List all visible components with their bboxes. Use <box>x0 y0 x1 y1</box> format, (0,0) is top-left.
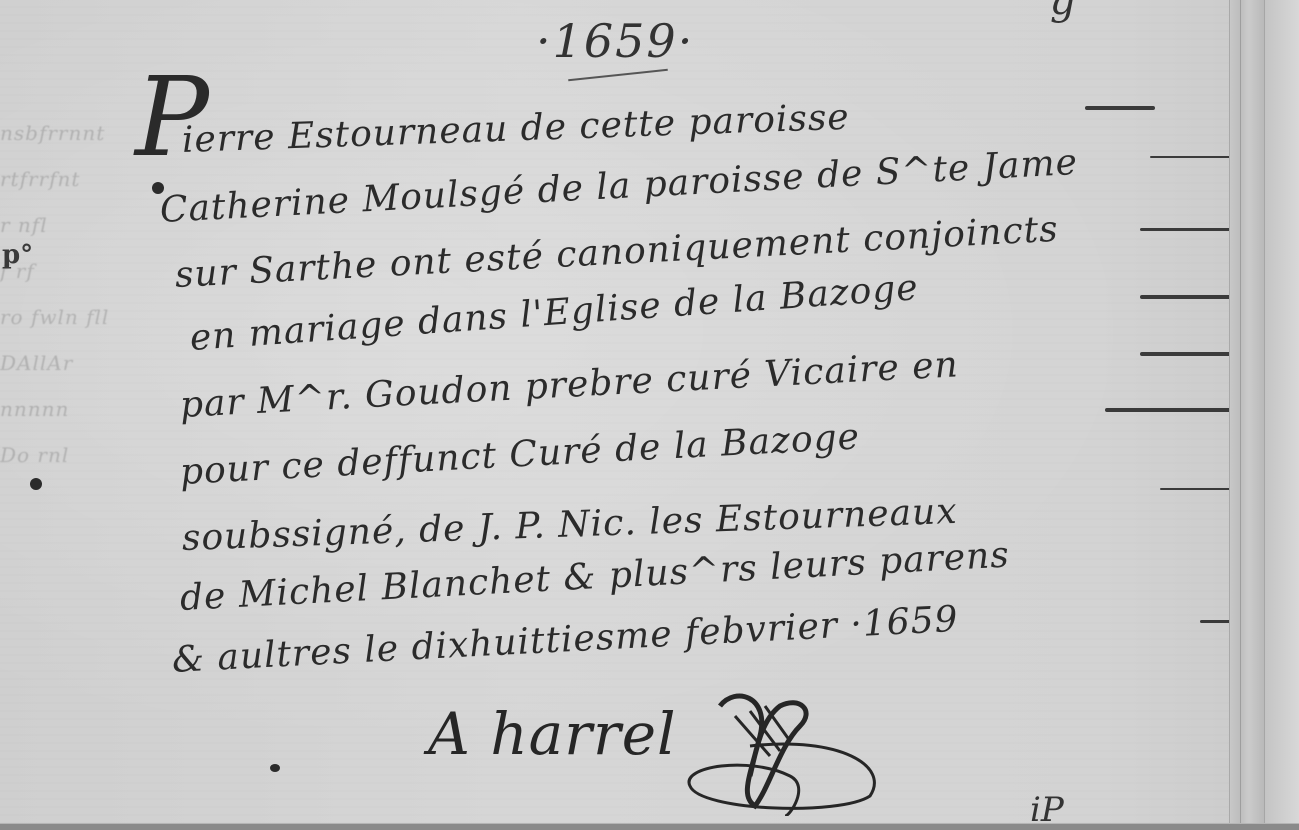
line-filler <box>1105 408 1240 412</box>
manuscript-page: nsbfrrnnt rtfrrfnt r nfl f rf ro fwln fl… <box>0 0 1299 830</box>
page-edge <box>1265 0 1299 830</box>
entry-line-5: par M^r. Goudon prebre curé Vicaire en <box>179 344 960 426</box>
line-filler <box>1150 156 1240 158</box>
signature-paraph-icon <box>640 686 890 816</box>
line-filler <box>1140 295 1240 299</box>
entry-line-1: ierre Estourneau de cette paroisse <box>181 97 850 161</box>
line-filler <box>1160 488 1240 490</box>
entry-line-6: pour ce deffunct Curé de la Bazoge <box>179 416 861 493</box>
page-binding <box>1229 0 1265 830</box>
line-filler <box>1140 352 1240 356</box>
line-filler <box>1140 228 1240 231</box>
bottom-strip <box>0 823 1299 830</box>
line-filler <box>1085 106 1155 110</box>
